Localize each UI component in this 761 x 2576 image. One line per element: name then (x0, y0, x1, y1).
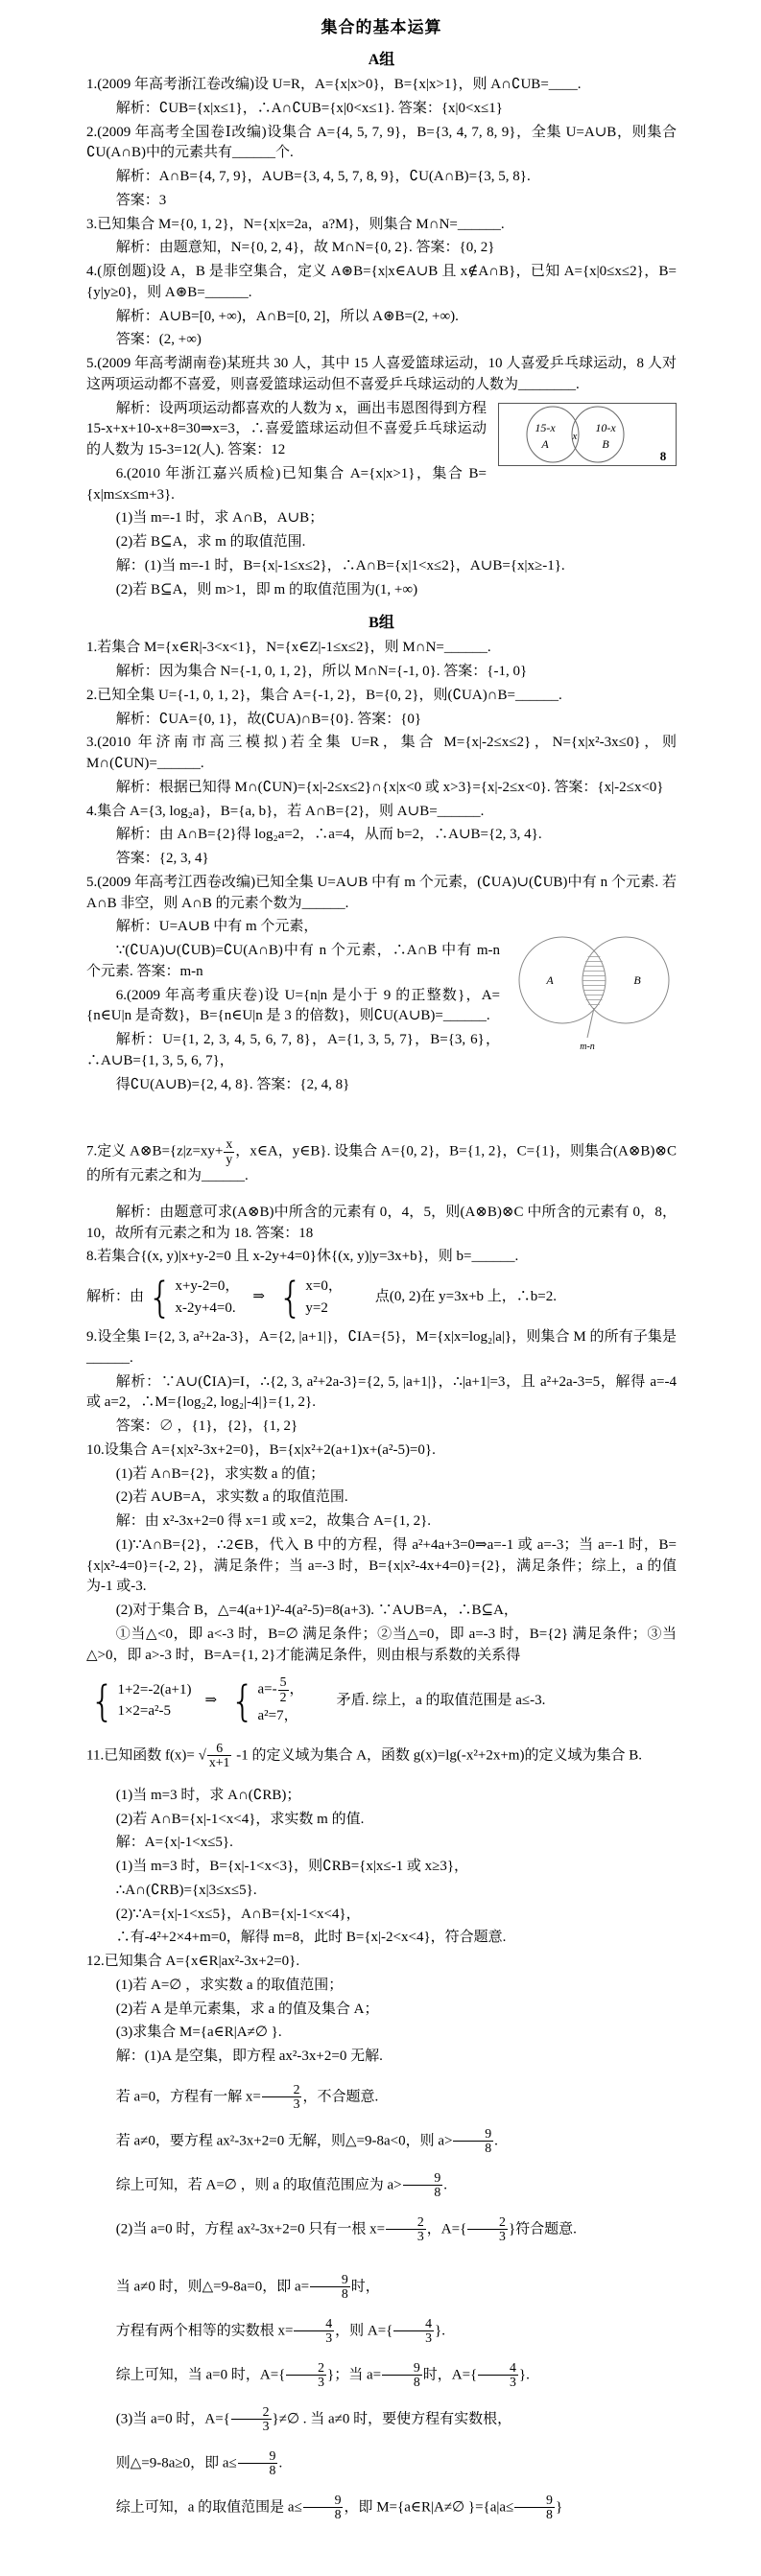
text-line: 4.(原创题)设 A，B 是非空集合，定义 A⊛B={x|x∈A∪B 且 x∉A… (86, 262, 677, 304)
text-line: 9.设全集 I={2, 3, a²+2a-3}，A={2, |a+1|}，∁IA… (86, 1327, 677, 1370)
venn1-right-bottom-label: B (602, 437, 609, 451)
venn-intersection-svg: A B m-n (511, 921, 677, 1065)
section-header: A组 (86, 47, 677, 69)
text-line: 3.已知集合 M={0, 1, 2}，N={x|x=2a，a?M}，则集合 M∩… (86, 215, 677, 236)
text-line: ∴A∩(∁RB)={x|3≤x≤5}. (86, 1881, 677, 1902)
text-line: (2)若 A∪B=A，求实数 a 的取值范围. (86, 1487, 677, 1509)
text-line: 答案：3 (86, 191, 677, 212)
text-line: 解析：A∩B={4, 7, 9}，A∪B={3, 4, 5, 7, 8, 9}，… (86, 167, 677, 188)
text-line: 则△=9-8a≥0，即 a≤98. (86, 2449, 677, 2478)
section-header: B组 (86, 610, 677, 632)
text-line: 综上可知，a 的取值范围是 a≤98，即 M={a∈R|A≠∅ }={a|a≤9… (86, 2494, 677, 2522)
text-line: (2)∵A={x|-1<x≤5}，A∩B={x|-1<x<4}， (86, 1905, 677, 1926)
text-line: (2)若 B⊆A，则 m>1，即 m 的取值范围为(1, +∞) (86, 580, 677, 601)
text-line: 综上可知，若 A=∅ ，则 a 的取值范围应为 a>98. (86, 2171, 677, 2200)
text-line: 解析：由题意可求(A⊗B)中所含的元素有 0，4，5，则(A⊗B)⊗C 中所含的… (86, 1203, 677, 1245)
venn2-shaded-intersection (583, 952, 606, 1008)
sections-container: A组1.(2009 年高考浙江卷改编)设 U=R，A={x|x>0}，B={x|… (86, 47, 677, 2522)
text-line: (2)若 A∩B={x|-1<x<4}，求实数 m 的值. (86, 1810, 677, 1831)
text-line: 若 a=0，方程有一解 x=23，不合题意. (86, 2083, 677, 2112)
text-line: ①当△<0，即 a<-3 时，B=∅ 满足条件；②当△=0，即 a=-3 时，B… (86, 1625, 677, 1667)
text-line: 解析：根据已知得 M∩(∁UN)={x|-2≤x≤2}∩{x|x<0 或 x>3… (86, 778, 677, 799)
text-line: ∴有-4²+2×4+m=0，解得 m=8，此时 B={x|-2<x<4}，符合题… (86, 1928, 677, 1949)
text-line: (2)若 B⊆A，求 m 的取值范围. (86, 532, 677, 553)
text-line: 答案：(2, +∞) (86, 330, 677, 351)
worksheet-page: 集合的基本运算 A组1.(2009 年高考浙江卷改编)设 U=R，A={x|x>… (0, 0, 761, 2576)
text-line: 得∁U(A∪B)={2, 4, 8}. 答案：{2, 4, 8} (86, 1075, 677, 1096)
text-line: 解：A={x|-1<x≤5}. (86, 1833, 677, 1854)
text-line: (1)当 m=3 时，求 A∩(∁RB)； (86, 1786, 677, 1807)
venn-box (499, 403, 677, 465)
text-line: (1)若 A∩B={2}，求实数 a 的值； (86, 1464, 677, 1486)
text-line: (2)对于集合 B，△=4(a+1)²-4(a²-5)=8(a+3). ∵A∪B… (86, 1601, 677, 1622)
text-line: 解析：因为集合 N={-1, 0, 1, 2}，所以 M∩N={-1, 0}. … (86, 662, 677, 683)
text-line: (1)若 A=∅ ，求实数 a 的取值范围； (86, 1976, 677, 1997)
text-line: 解析：A∪B=[0, +∞)，A∩B=[0, 2]，所以 A⊛B=(2, +∞)… (86, 307, 677, 328)
text-line: 8.若集合{(x, y)|x+y-2=0 且 x-2y+4=0}休{(x, y)… (86, 1247, 677, 1268)
text-line: 1.若集合 M={x∈R|-3<x<1}，N={x∈Z|-1≤x≤2}，则 M∩… (86, 638, 677, 659)
text-line: 解析：∁UA={0, 1}，故(∁UA)∩B={0}. 答案：{0} (86, 710, 677, 731)
venn1-right-top-label: 10-x (595, 421, 616, 434)
venn-diagram-intersection: A B m-n (511, 921, 677, 1069)
text-line: 方程有两个相等的实数根 x=43，则 A={43}. (86, 2317, 677, 2346)
text-line: 解：(1)A 是空集，即方程 ax²-3x+2=0 无解. (86, 2047, 677, 2068)
venn-circle-a (527, 407, 579, 462)
venn1-left-top-label: 15-x (535, 421, 556, 434)
venn1-middle-label: x (572, 431, 578, 442)
text-line: 2.已知全集 U={-1, 0, 1, 2}，集合 A={-1, 2}，B={0… (86, 686, 677, 707)
text-line: 解析：∵A∪(∁IA)=I，∴{2, 3, a²+2a-3}={2, 5, |a… (86, 1372, 677, 1415)
text-line: 10.设集合 A={x|x²-3x+2=0}，B={x|x²+2(a+1)x+(… (86, 1440, 677, 1462)
section-b: B组1.若集合 M={x∈R|-3<x<1}，N={x∈Z|-1≤x≤2}，则 … (86, 610, 677, 2521)
venn2-right-label: B (633, 973, 641, 987)
text-line: 解析：由 A∩B={2}得 log₂a=2，∴a=4，从而 b=2，∴A∪B={… (86, 825, 677, 846)
text-line: 若 a≠0，要方程 ax²-3x+2=0 无解，则△=9-8a<0，则 a>98… (86, 2127, 677, 2156)
text-line: 综上可知，当 a=0 时，A={23}；当 a=98时，A={43}. (86, 2361, 677, 2390)
text-line: (2)当 a=0 时，方程 ax²-3x+2=0 只有一根 x=23，A={23… (86, 2215, 677, 2244)
text-line: (1)当 m=-1 时，求 A∩B，A∪B； (86, 508, 677, 529)
venn1-left-bottom-label: A (540, 437, 549, 451)
text-line: 解：由 x²-3x+2=0 得 x=1 或 x=2，故集合 A={1, 2}. (86, 1511, 677, 1533)
equation-system-line: 解析：由{x+y-2=0，x-2y+4=0.⇒{x=0，y=2点(0, 2)在 … (86, 1277, 677, 1318)
text-line: 解：(1)当 m=-1 时，B={x|-1≤x≤2}，∴A∩B={x|1<x≤2… (86, 556, 677, 577)
venn-circle-b (572, 407, 624, 462)
equation-system-line: {1+2=-2(a+1)1×2=a²-5⇒{a=-52，a²=7，矛盾. 综上，… (86, 1675, 677, 1725)
text-line: 答案：∅ ，{1}，{2}，{1, 2} (86, 1417, 677, 1438)
text-line: 解析：由题意知，N={0, 2, 4}，故 M∩N={0, 2}. 答案：{0,… (86, 238, 677, 259)
text-line: 解析：∁UB={x|x≤1}，∴A∩∁UB={x|0<x≤1}. 答案：{x|0… (86, 99, 677, 120)
text-line: 5.(2009 年高考江西卷改编)已知全集 U=A∪B 中有 m 个元素，(∁U… (86, 873, 677, 915)
page-title: 集合的基本运算 (86, 13, 677, 37)
section-a: A组1.(2009 年高考浙江卷改编)设 U=R，A={x|x>0}，B={x|… (86, 47, 677, 600)
text-line: 12.已知集合 A={x∈R|ax²-3x+2=0}. (86, 1952, 677, 1973)
text-line: 当 a≠0 时，则△=9-8a=0，即 a=98时， (86, 2273, 677, 2302)
venn1-outside-label: 8 (660, 449, 667, 463)
text-line: (2)若 A 是单元素集，求 a 的值及集合 A； (86, 2000, 677, 2021)
text-line: 2.(2009 年高考全国卷Ⅰ改编)设集合 A={4, 5, 7, 9}，B={… (86, 123, 677, 165)
text-line: 4.集合 A={3, log₂a}，B={a, b}，若 A∩B={2}，则 A… (86, 802, 677, 823)
text-line: 1.(2009 年高考浙江卷改编)设 U=R，A={x|x>0}，B={x|x>… (86, 75, 677, 96)
text-line: (3)当 a=0 时，A={23}≠∅ . 当 a≠0 时，要使方程有实数根， (86, 2405, 677, 2434)
venn2-left-label: A (545, 973, 554, 987)
text-line: 3.(2010 年济南市高三模拟)若全集 U=R，集合 M={x|-2≤x≤2}… (86, 733, 677, 775)
text-line: 7.定义 A⊗B={z|z=xy+xy，x∈A，y∈B}. 设集合 A={0, … (86, 1137, 677, 1187)
text-line: (1)∵A∩B={2}，∴2∈B，代入 B 中的方程，得 a²+4a+3=0⇒a… (86, 1535, 677, 1598)
venn2-pointer-label: m-n (580, 1042, 595, 1052)
text-line: 5.(2009 年高考湖南卷)某班共 30 人，其中 15 人喜爱篮球运动，10… (86, 354, 677, 396)
text-line: 答案：{2, 3, 4} (86, 849, 677, 870)
text-line: (3)求集合 M={a∈R|A≠∅ }. (86, 2023, 677, 2044)
venn-sports-svg: 15-x A x 10-x B 8 (498, 403, 677, 466)
text-line: 11.已知函数 f(x)= √6x+1 -1 的定义域为集合 A，函数 g(x)… (86, 1742, 677, 1770)
text-line: (1)当 m=3 时，B={x|-1<x<3}，则∁RB={x|x≤-1 或 x… (86, 1857, 677, 1878)
venn-diagram-sports: 15-x A x 10-x B 8 (498, 403, 677, 471)
